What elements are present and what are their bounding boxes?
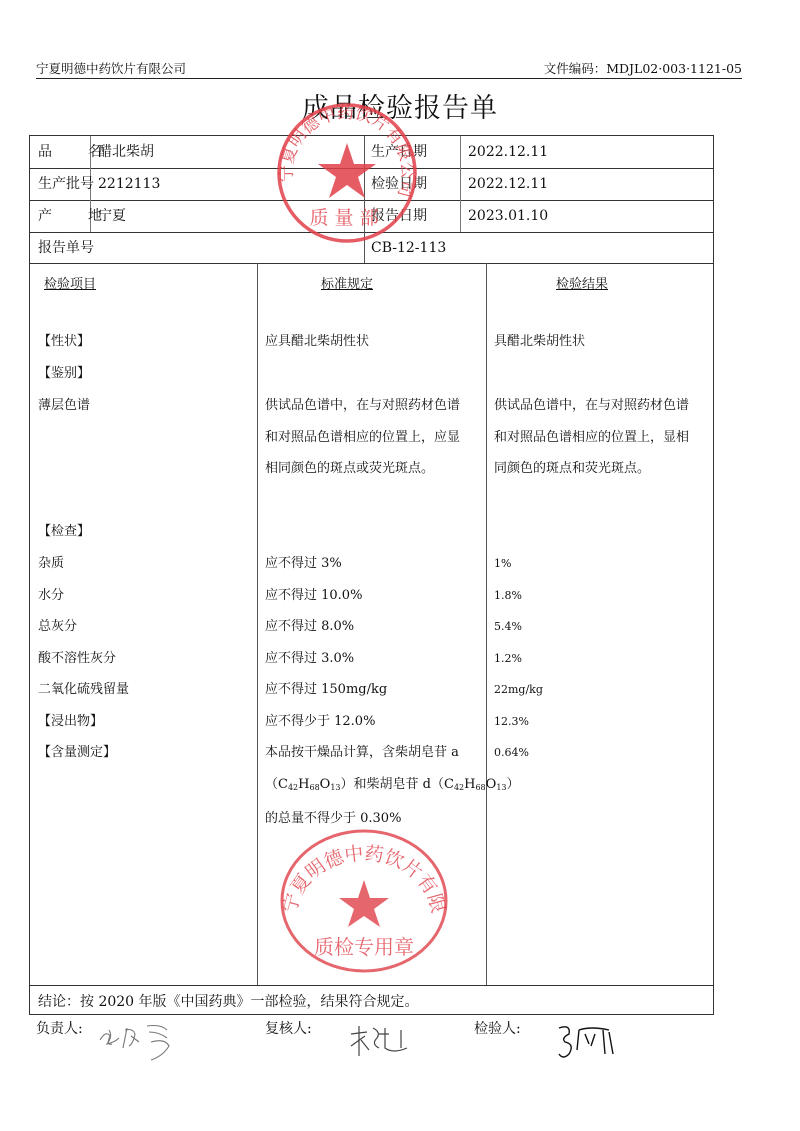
divider [30,232,713,233]
divider [30,200,713,201]
text-line: 和对照品色谱相应的位置上，显相 [494,422,689,454]
column-header-standard: 标准规定 [321,273,373,292]
divider [257,263,258,985]
row-result-impurity: 1% [494,554,511,574]
row-item-so2: 二氧化硫残留量 [38,680,129,700]
subscript: 42 [288,783,298,792]
divider [460,136,461,232]
batch-label: 生产批号 [38,174,94,194]
row-standard-moisture: 应不得过 10.0% [265,586,362,606]
divider [30,985,713,986]
row-standard-appearance: 应具醋北柴胡性状 [265,332,369,352]
row-item-moisture: 水分 [38,586,64,606]
row-standard-so2: 应不得过 150mg/kg [265,680,387,700]
text-line: 的总量不得少于 0.30% [265,803,520,835]
subscript: 42 [454,783,464,792]
row-item-total-ash: 总灰分 [38,617,77,637]
report-no-label: 报告单号 [38,238,94,258]
row-standard-acid-ash: 应不得过 3.0% [265,649,354,669]
subscript: 13 [330,783,340,792]
text-part: O [320,777,331,792]
inspector-label: 检验人: [474,1018,521,1038]
text-part: O [486,777,497,792]
text-line-formula: （C42H68O13）和柴胡皂苷 d（C42H68O13） [265,769,520,804]
page-title: 成品检验报告单 [0,86,800,125]
row-item-impurity: 杂质 [38,554,64,574]
inspection-date-value: 2022.12.11 [468,174,548,194]
row-result-moisture: 1.8% [494,586,522,606]
origin-label: 产 地 [38,206,102,226]
report-table: 品 名 醋北柴胡 生产批号 2212113 产 地 宁夏 报告单号 CB-12-… [29,135,714,1015]
text-part: H [464,777,475,792]
product-name-value: 醋北柴胡 [98,142,154,162]
conclusion: 结论：按 2020 年版《中国药典》一部检验，结果符合规定。 [38,991,419,1011]
inspection-date-label: 检验日期 [371,174,427,194]
row-result-extract: 12.3% [494,712,529,732]
row-result-appearance: 具醋北柴胡性状 [494,332,585,352]
text-line: 和对照品色谱相应的位置上，应显 [265,422,460,454]
document-code: 文件编码：MDJL02·003·1121-05 [544,59,742,77]
column-header-result: 检验结果 [556,273,608,292]
row-result-assay: 0.64% [494,743,529,763]
row-standard-impurity: 应不得过 3% [265,554,342,574]
report-date-value: 2023.01.10 [468,206,548,226]
product-name-label: 品 名 [38,142,102,162]
divider [30,263,713,264]
row-result-tlc: 供试品色谱中，在与对照药材色谱 和对照品色谱相应的位置上，显相 同颜色的斑点和荧… [494,390,689,485]
row-standard-tlc: 供试品色谱中，在与对照药材色谱 和对照品色谱相应的位置上，应显 相同颜色的斑点或… [265,390,460,485]
company-name: 宁夏明德中药饮片有限公司 [36,59,186,77]
text-part: （C [265,777,288,792]
row-item-inspection: 【检查】 [38,522,90,542]
row-item-identification: 【鉴别】 [38,364,90,384]
reviewer-signature [345,1020,415,1060]
divider [486,263,487,985]
divider [30,168,713,169]
text-line: 相同颜色的斑点或荧光斑点。 [265,453,460,485]
row-item-tlc: 薄层色谱 [38,396,90,416]
row-item-extract: 【浸出物】 [38,712,103,732]
text-line: 供试品色谱中，在与对照药材色谱 [494,390,689,422]
row-item-appearance: 【性状】 [38,332,90,352]
report-no-value: CB-12-113 [371,238,446,258]
row-result-so2: 22mg/kg [494,680,543,700]
origin-value: 宁夏 [98,206,126,226]
text-part: ）和柴胡皂苷 d（C [341,777,454,792]
text-line: 本品按干燥品计算，含柴胡皂苷 a [265,737,520,769]
responsible-label: 负责人: [36,1018,83,1038]
label-char: 产 [38,206,52,226]
inspector-signature [555,1020,625,1060]
production-date-label: 生产日期 [371,142,427,162]
row-standard-total-ash: 应不得过 8.0% [265,617,354,637]
subscript: 68 [475,783,485,792]
row-item-acid-ash: 酸不溶性灰分 [38,649,116,669]
row-standard-assay: 本品按干燥品计算，含柴胡皂苷 a （C42H68O13）和柴胡皂苷 d（C42H… [265,737,520,835]
row-standard-extract: 应不得少于 12.0% [265,712,375,732]
column-header-item: 检验项目 [44,273,96,292]
subscript: 68 [309,783,319,792]
report-date-label: 报告日期 [371,206,427,226]
text-line: 同颜色的斑点和荧光斑点。 [494,453,689,485]
divider [364,136,365,263]
subscript: 13 [496,783,506,792]
row-result-total-ash: 5.4% [494,617,522,637]
reviewer-label: 复核人: [265,1018,312,1038]
text-part: H [298,777,309,792]
document-header: 宁夏明德中药饮片有限公司 文件编码：MDJL02·003·1121-05 [36,58,742,79]
row-item-assay: 【含量测定】 [38,743,116,763]
responsible-signature [95,1018,185,1063]
label-char: 品 [38,142,52,162]
batch-value: 2212113 [98,174,160,194]
text-part: ） [507,777,520,792]
text-line: 供试品色谱中，在与对照药材色谱 [265,390,460,422]
row-result-acid-ash: 1.2% [494,649,522,669]
production-date-value: 2022.12.11 [468,142,548,162]
